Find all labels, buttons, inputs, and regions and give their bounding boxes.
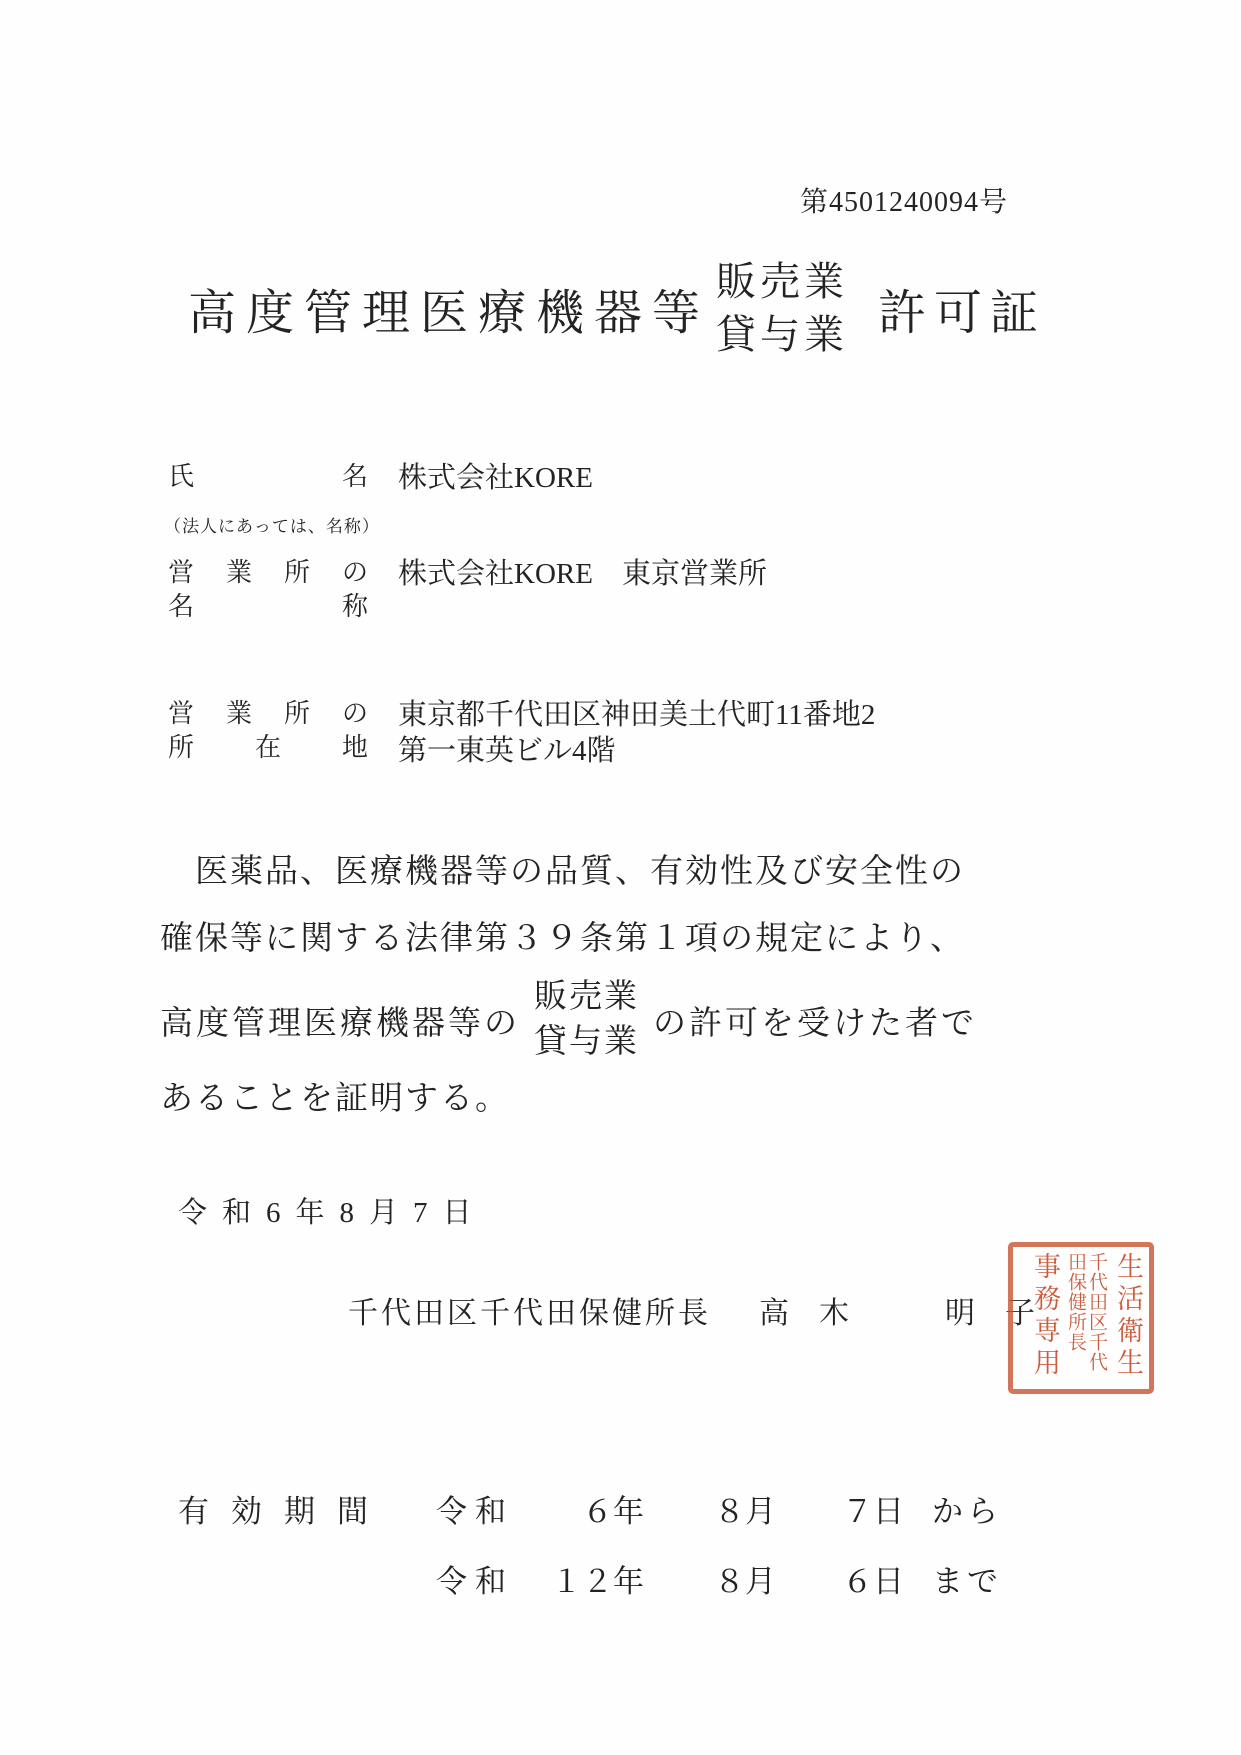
signature-line: 千代田区千代田保健所長 高 木 明 子 (348, 1288, 1035, 1332)
office-address-line1: 東京都千代田区神田美土代町11番地2 (398, 697, 875, 733)
validity-to-row: 令和 １２年 ８月 ６日 まで (178, 1556, 1002, 1601)
body-business-sales: 販売業 (534, 975, 639, 1020)
body-business-rental: 貸与業 (534, 1020, 639, 1065)
seal-column-middle: 千代田区千代田保健所長 (1065, 1252, 1107, 1384)
seal-column-left: 事務専用 (1029, 1252, 1060, 1384)
validity-from-month: ８月 (644, 1486, 776, 1531)
body-business-type-stack: 販売業 貸与業 (534, 975, 639, 1064)
document-number: 第4501240094号 (800, 180, 1008, 220)
official-seal: 生活衛生 千代田区千代田保健所長 事務専用 (1008, 1242, 1154, 1394)
field-office-name: 営業所の 名称 株式会社KORE 東京営業所 (168, 556, 767, 624)
title-suffix: 許可証 (878, 274, 1046, 343)
seal-column-right: 生活衛生 (1112, 1252, 1143, 1384)
body-line-1: 医薬品、医療機器等の品質、有効性及び安全性の (160, 845, 965, 892)
field-office-address: 営業所の 所在地 東京都千代田区神田美土代町11番地2 第一東英ビル4階 (168, 697, 875, 769)
body-line-3-prefix: 高度管理医療機器等の (160, 997, 520, 1044)
validity-to-year: １２年 (514, 1556, 644, 1601)
field-name-value: 株式会社KORE (398, 460, 593, 496)
signer-office-title: 千代田区千代田保健所長 (348, 1288, 711, 1332)
title-business-sales: 販売業 (716, 256, 848, 309)
field-office-address-label: 営業所の 所在地 (168, 697, 368, 765)
field-name: 氏名 株式会社KORE (168, 460, 593, 496)
signer-family-name: 高 木 (759, 1288, 849, 1332)
validity-label: 有効期間 (178, 1486, 436, 1531)
field-office-name-label: 営業所の 名称 (168, 556, 368, 624)
validity-label-spacer (178, 1556, 436, 1601)
body-line-3: 高度管理医療機器等の 販売業 貸与業 の許可を受けた者で (160, 968, 977, 1072)
validity-from-year: ６年 (514, 1486, 644, 1531)
validity-to-day: ６日 (776, 1556, 904, 1601)
title-prefix: 高度管理医療機器等 (188, 274, 710, 343)
validity-to-suffix: まで (932, 1556, 1002, 1601)
field-name-label: 氏名 (168, 460, 368, 494)
title-business-rental: 貸与業 (716, 309, 848, 362)
field-name-note: （法人にあっては、名称） (164, 512, 380, 537)
validity-from-row: 有効期間 令和 ６年 ８月 ７日 から (178, 1486, 1002, 1531)
validity-from-day: ７日 (776, 1486, 904, 1531)
validity-from-era: 令和 (436, 1486, 514, 1531)
office-address-line2: 第一東英ビル4階 (398, 733, 875, 769)
field-office-address-value: 東京都千代田区神田美土代町11番地2 第一東英ビル4階 (398, 697, 875, 769)
title-business-type-stack: 販売業 貸与業 (716, 256, 848, 362)
permit-certificate-page: 第4501240094号 高度管理医療機器等 販売業 貸与業 許可証 氏名 株式… (0, 0, 1241, 1755)
validity-from-suffix: から (932, 1486, 1002, 1531)
field-office-name-value: 株式会社KORE 東京営業所 (398, 556, 767, 592)
body-line-2: 確保等に関する法律第３９条第１項の規定により、 (160, 912, 965, 959)
validity-to-month: ８月 (644, 1556, 776, 1601)
validity-to-era: 令和 (436, 1556, 514, 1601)
certificate-title: 高度管理医療機器等 販売業 貸与業 許可証 (188, 256, 1046, 362)
body-line-4: あることを証明する。 (160, 1072, 510, 1119)
issue-date: 令和6年8月7日 (178, 1190, 487, 1231)
body-line-3-suffix: の許可を受けた者で (653, 997, 977, 1044)
